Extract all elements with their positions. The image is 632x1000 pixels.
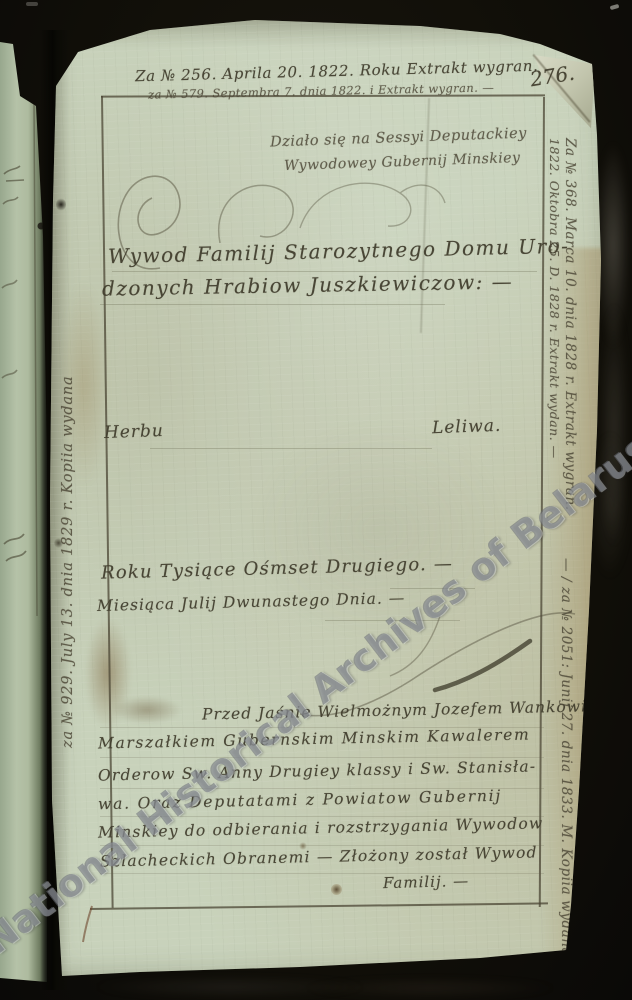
stain xyxy=(112,696,182,724)
ink-spot xyxy=(331,884,342,895)
guide-rule xyxy=(150,448,432,449)
guide-rule xyxy=(100,873,544,874)
backdrop-reflection xyxy=(300,978,560,998)
margin-note-right-bottom: — / za № 2051: Junij 27. dnia 1833. M. K… xyxy=(558,558,574,998)
guide-rule xyxy=(100,304,445,305)
worm-hole xyxy=(56,198,66,211)
herb-label: Herbu xyxy=(104,421,165,443)
herb-name: Leliwa. xyxy=(432,416,502,438)
dust-speck xyxy=(610,4,620,10)
dust-speck xyxy=(26,2,38,6)
margin-note-left: za № 929. July 13. dnia 1829 r. Kopiia w… xyxy=(60,318,76,748)
body-closing: Familij. — xyxy=(383,872,470,892)
frame-corner-tick xyxy=(82,904,112,944)
archival-photo: Za № 256. Aprila 20. 1822. Roku Extrakt … xyxy=(0,0,632,1000)
